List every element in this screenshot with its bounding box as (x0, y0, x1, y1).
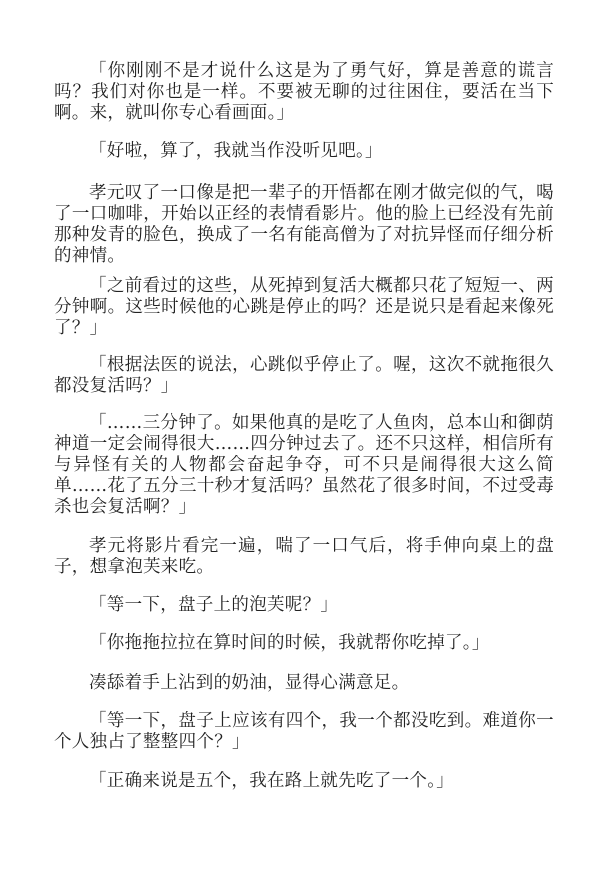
paragraph-dialogue: 「……三分钟了。如果他真的是吃了人鱼肉，总本山和御荫神道一定会闹得很大……四分钟… (54, 413, 554, 518)
document-page: 「你刚刚不是才说什么这是为了勇气好，算是善意的谎言吗？我们对你也是一样。不要被无… (0, 0, 613, 869)
paragraph-dialogue: 「好啦，算了，我就当作没听见吧。」 (54, 141, 554, 162)
paragraph-narration: 孝元将影片看完一遍，喘了一口气后，将手伸向桌上的盘子，想拿泡芙来吃。 (54, 536, 554, 578)
paragraph-dialogue: 「等一下，盘子上应该有四个，我一个都没吃到。难道你一个人独占了整整四个？」 (54, 711, 554, 753)
paragraph-dialogue: 「等一下，盘子上的泡芙呢？」 (54, 595, 554, 616)
paragraph-dialogue: 「根据法医的说法，心跳似乎停止了。喔，这次不就拖很久都没复活吗？」 (54, 355, 554, 397)
paragraph-dialogue: 「你拖拖拉拉在算时间的时候，我就帮你吃掉了。」 (54, 633, 554, 654)
paragraph-dialogue: 「你刚刚不是才说什么这是为了勇气好，算是善意的谎言吗？我们对你也是一样。不要被无… (54, 61, 554, 124)
paragraph-narration: 孝元叹了一口像是把一辈子的开悟都在刚才做完似的气，喝了一口咖啡，开始以正经的表情… (54, 183, 554, 267)
paragraph-dialogue: 「正确来说是五个，我在路上就先吃了一个。」 (54, 771, 554, 792)
paragraph-narration: 凑舔着手上沾到的奶油，显得心满意足。 (54, 673, 554, 694)
paragraph-dialogue: 「之前看过的这些，从死掉到复活大概都只花了短短一、两分钟啊。这些时候他的心跳是停… (54, 276, 554, 339)
